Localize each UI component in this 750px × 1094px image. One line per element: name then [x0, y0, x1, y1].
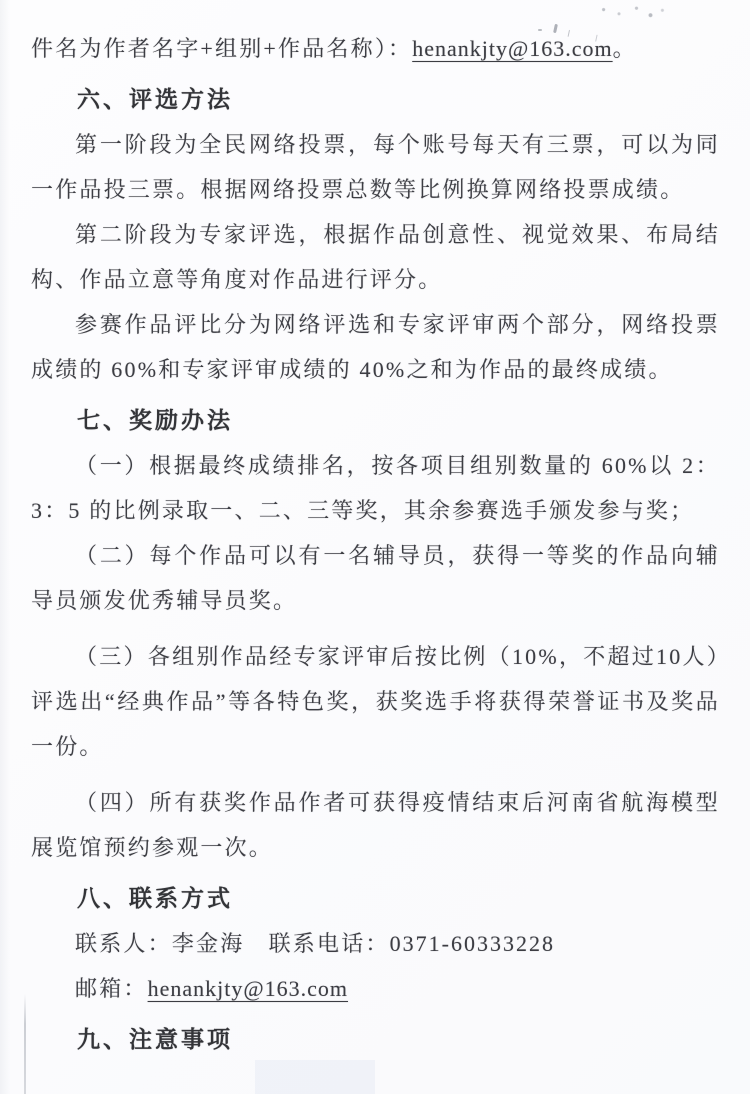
paragraph-award-1: （一）根据最终成绩排名，按各项目组别数量的 60%以 2：3：5 的比例录取一、…	[31, 443, 720, 533]
scan-fold-line	[24, 994, 26, 1094]
paragraph-award-4: （四）所有获奖作品作者可获得疫情结束后河南省航海模型展览馆预约参观一次。	[31, 780, 720, 870]
email-text: henankjty@163.com	[148, 976, 348, 1001]
paragraph-continuation: 件名为作者名字+组别+作品名称）：henankjty@163.com。	[31, 26, 720, 71]
paragraph-award-2: （二）每个作品可以有一名辅导员，获得一等奖的作品向辅导员颁发优秀辅导员奖。	[31, 533, 720, 623]
email-line: 邮箱：henankjty@163.com	[31, 966, 720, 1011]
contact-phone-number: 0371-60333228	[390, 931, 555, 956]
paragraph-text: 。	[613, 36, 637, 61]
contact-line: 联系人：李金海联系电话：0371-60333228	[31, 921, 720, 966]
contact-person-label: 联系人：	[75, 931, 172, 956]
contact-phone-label: 联系电话：	[269, 931, 390, 956]
email-label: 邮箱：	[75, 976, 148, 1001]
scanned-document-page: 件名为作者名字+组别+作品名称）：henankjty@163.com。 六、评选…	[0, 0, 750, 1094]
paragraph-stage-one: 第一阶段为全民网络投票，每个账号每天有三票，可以为同一作品投三票。根据网络投票总…	[31, 122, 720, 212]
paragraph-score-weighting: 参赛作品评比分为网络评选和专家评审两个部分，网络投票成绩的 60%和专家评审成绩…	[31, 302, 720, 392]
section-heading-evaluation-method: 六、评选方法	[31, 77, 720, 122]
scan-tint-patch	[255, 1060, 375, 1094]
scan-edge-shading	[0, 0, 10, 1094]
contact-person-name: 李金海	[172, 931, 245, 956]
paragraph-award-3: （三）各组别作品经专家评审后按比例（10%，不超过10人）评选出“经典作品”等各…	[31, 634, 720, 769]
email-text: henankjty@163.com	[412, 36, 612, 61]
paragraph-stage-two: 第二阶段为专家评选，根据作品创意性、视觉效果、布局结构、作品立意等角度对作品进行…	[31, 212, 720, 302]
scan-speckle-marks	[598, 4, 668, 18]
section-heading-contact: 八、联系方式	[31, 876, 720, 921]
section-heading-award-method: 七、奖励办法	[31, 398, 720, 443]
paragraph-text: 件名为作者名字+组别+作品名称）：	[31, 36, 412, 61]
section-heading-notes: 九、注意事项	[31, 1017, 720, 1062]
document-body: 件名为作者名字+组别+作品名称）：henankjty@163.com。 六、评选…	[31, 26, 720, 1062]
